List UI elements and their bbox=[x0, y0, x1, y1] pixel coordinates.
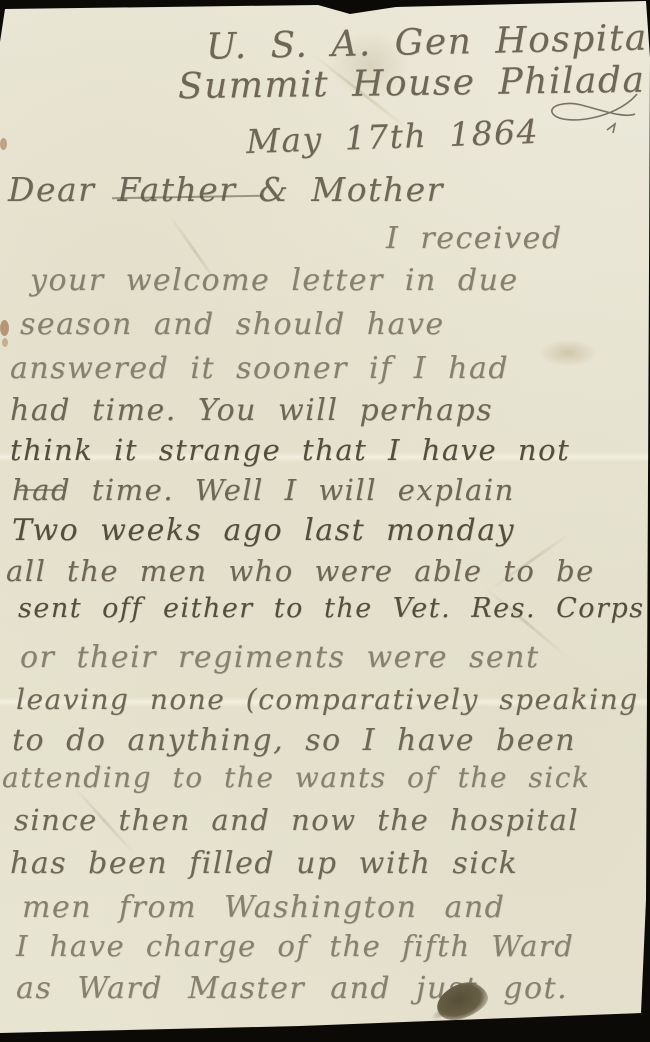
letter-line: leaving none (comparatively speaking bbox=[16, 683, 639, 716]
letter-line: sent off either to the Vet. Res. Corps bbox=[18, 593, 645, 624]
letter-line: I received bbox=[386, 221, 563, 256]
scanned-letter-photo: U. S. A. Gen Hospital Summit House Phila… bbox=[0, 0, 650, 1042]
date-line: May 17th 1864 bbox=[245, 112, 539, 161]
pen-flourish bbox=[545, 92, 645, 142]
letter-line: all the men who were able to be bbox=[6, 554, 595, 588]
letter-line: think it strange that I have not bbox=[10, 433, 570, 467]
letter-line: season and should have bbox=[20, 307, 445, 342]
letter-line: or their regiments were sent bbox=[20, 640, 540, 675]
letter-line: I have charge of the fifth Ward bbox=[16, 929, 574, 963]
smudge-stain bbox=[540, 340, 596, 366]
letter-line: had time. You will perhaps bbox=[10, 393, 493, 428]
underline-stroke bbox=[16, 489, 66, 491]
edge-stain bbox=[2, 338, 8, 347]
letter-line: men from Washington and bbox=[22, 890, 505, 925]
edge-stain bbox=[0, 138, 7, 150]
letter-line: attending to the wants of the sick bbox=[2, 761, 590, 794]
letter-line: your welcome letter in due bbox=[30, 263, 519, 298]
letter-line: since then and now the hospital bbox=[14, 803, 579, 837]
edge-stain bbox=[0, 320, 9, 336]
letter-line: Two weeks ago last monday bbox=[12, 513, 515, 548]
letter-line: had time. Well I will explain bbox=[12, 473, 515, 507]
letter-line: has been filled up with sick bbox=[10, 846, 518, 881]
letter-line: answered it sooner if I had bbox=[10, 351, 509, 386]
salutation: Dear Father & Mother bbox=[8, 170, 444, 209]
letter-line: to do anything, so I have been bbox=[12, 723, 576, 758]
letter-paper: U. S. A. Gen Hospital Summit House Phila… bbox=[0, 0, 650, 1042]
